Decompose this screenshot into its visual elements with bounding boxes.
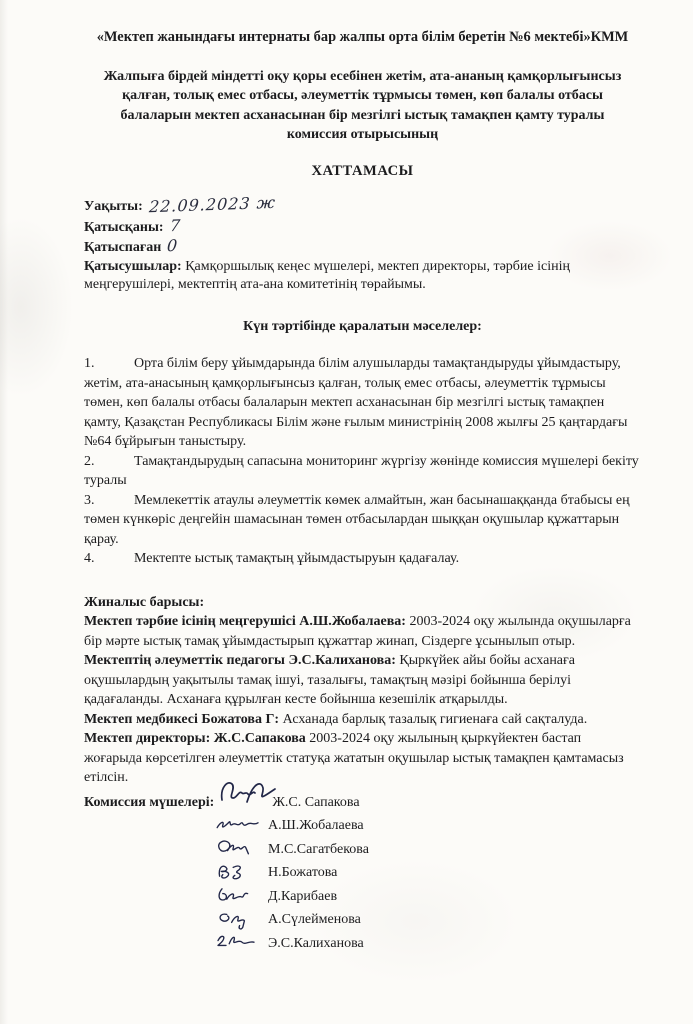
- commission-member-name: Ж.С. Сапакова: [272, 793, 359, 813]
- meta-attended-row: Қатысқаны:7: [84, 217, 641, 238]
- agenda-heading: Күн тәртібінде қаралатын мәселелер:: [84, 317, 641, 337]
- absent-label: Қатыспаған: [84, 240, 161, 255]
- document-type-heading: ХАТТАМАСЫ: [84, 162, 641, 182]
- agenda-list: 1.Орта білім беру ұйымдарында білім алуш…: [84, 354, 641, 569]
- agenda-item-3: 3.Мемлекеттік атаулы әлеуметтік көмек ал…: [84, 491, 641, 550]
- commission-member-row: М.С.Сагатбекова: [214, 838, 641, 862]
- time-label: Уақыты:: [84, 199, 143, 214]
- attended-label: Қатысқаны:: [84, 220, 164, 235]
- document-header: «Мектеп жанындағы интернаты бар жалпы ор…: [84, 28, 641, 48]
- commission-member-name: А.Ш.Жобалаева: [268, 816, 364, 836]
- agenda-item-number: 1.: [84, 354, 134, 374]
- attended-handwritten-value: 7: [169, 216, 181, 235]
- commission-member-name: Н.Божатова: [268, 863, 337, 883]
- speaker-name: Мектептің әлеуметтік педагогы Э.С.Калиха…: [84, 653, 396, 668]
- agenda-item-4: 4.Мектепте ыстық тамақтың ұйымдастыруын …: [84, 549, 641, 569]
- signature-scribble-icon: [214, 814, 262, 838]
- commission-member-name: Д.Карибаев: [268, 887, 337, 907]
- agenda-item-1: 1.Орта білім беру ұйымдарында білім алуш…: [84, 354, 641, 452]
- commission-member-name: Э.С.Калиханова: [268, 934, 364, 954]
- commission-member-name: М.С.Сагатбекова: [268, 840, 369, 860]
- commission-member-name: А.Сүлейменова: [268, 910, 361, 930]
- signature-scribble-icon: [214, 931, 262, 955]
- commission-label: Комиссия мүшелері:: [84, 793, 214, 813]
- signature-scribble-icon: [214, 861, 262, 885]
- time-handwritten-value: 22.09.2023 ж: [148, 194, 276, 217]
- agenda-item-number: 3.: [84, 491, 134, 511]
- commission-member-row: Комиссия мүшелері: Ж.С. Сапакова: [84, 791, 641, 815]
- signature-scribble-icon: [214, 837, 262, 861]
- meta-absent-row: Қатыспаған0: [84, 237, 641, 258]
- meta-section: Уақыты:22.09.2023 ж Қатысқаны:7 Қатыспағ…: [84, 196, 641, 295]
- speech-text: Асханада барлық тазалық гигиенаға сай са…: [283, 712, 588, 727]
- minutes-section: Мектеп тәрбие ісінің меңгерушісі А.Ш.Жоб…: [84, 612, 641, 788]
- commission-member-row: Д.Карибаев: [214, 885, 641, 909]
- speech-paragraph-2: Мектептің әлеуметтік педагогы Э.С.Калиха…: [84, 651, 641, 710]
- speech-paragraph-1: Мектеп тәрбие ісінің меңгерушісі А.Ш.Жоб…: [84, 612, 641, 651]
- speaker-name: Мектеп медбикесі Божатова Г:: [84, 712, 279, 727]
- participants-label: Қатысушылар:: [84, 259, 182, 274]
- intro-paragraph: Жалпыға бірдей міндетті оқу қоры есебіне…: [90, 67, 635, 145]
- agenda-item-text: Мектепте ыстық тамақтың ұйымдастыруын қа…: [134, 551, 459, 566]
- commission-member-row: Н.Божатова: [214, 861, 641, 885]
- agenda-item-2: 2.Тамақтандырудың сапасына мониторинг жү…: [84, 452, 641, 491]
- commission-member-row: Э.С.Калиханова: [214, 932, 641, 956]
- agenda-item-number: 2.: [84, 452, 134, 472]
- agenda-item-text: Орта білім беру ұйымдарында білім алушыл…: [84, 356, 627, 449]
- signature-scribble-icon: [214, 884, 262, 908]
- minutes-heading: Жиналыс барысы:: [84, 593, 641, 613]
- meta-participants-row: Қатысушылар: Қамқоршылық кеңес мүшелері,…: [84, 258, 641, 295]
- commission-member-row: А.Ш.Жобалаева: [214, 814, 641, 838]
- signature-scribble-icon: [214, 908, 262, 932]
- signature-scribble-icon: [218, 778, 278, 808]
- meta-time-row: Уақыты:22.09.2023 ж: [84, 196, 641, 217]
- agenda-item-number: 4.: [84, 549, 134, 569]
- speaker-name: Мектеп директоры: Ж.С.Сапакова: [84, 731, 306, 746]
- speaker-name: Мектеп тәрбие ісінің меңгерушісі А.Ш.Жоб…: [84, 614, 406, 629]
- speech-paragraph-3: Мектеп медбикесі Божатова Г: Асханада ба…: [84, 710, 641, 730]
- speech-paragraph-4: Мектеп директоры: Ж.С.Сапакова 2003-2024…: [84, 729, 641, 788]
- agenda-item-text: Тамақтандырудың сапасына мониторинг жүрг…: [84, 454, 639, 489]
- absent-handwritten-value: 0: [167, 237, 179, 256]
- commission-signatures-section: Комиссия мүшелері: Ж.С. Сапакова А.Ш.Жоб…: [84, 791, 641, 956]
- commission-member-row: А.Сүлейменова: [214, 908, 641, 932]
- agenda-item-text: Мемлекеттік атаулы әлеуметтік көмек алма…: [84, 493, 630, 547]
- scanned-protocol-document: «Мектеп жанындағы интернаты бар жалпы ор…: [0, 0, 693, 1024]
